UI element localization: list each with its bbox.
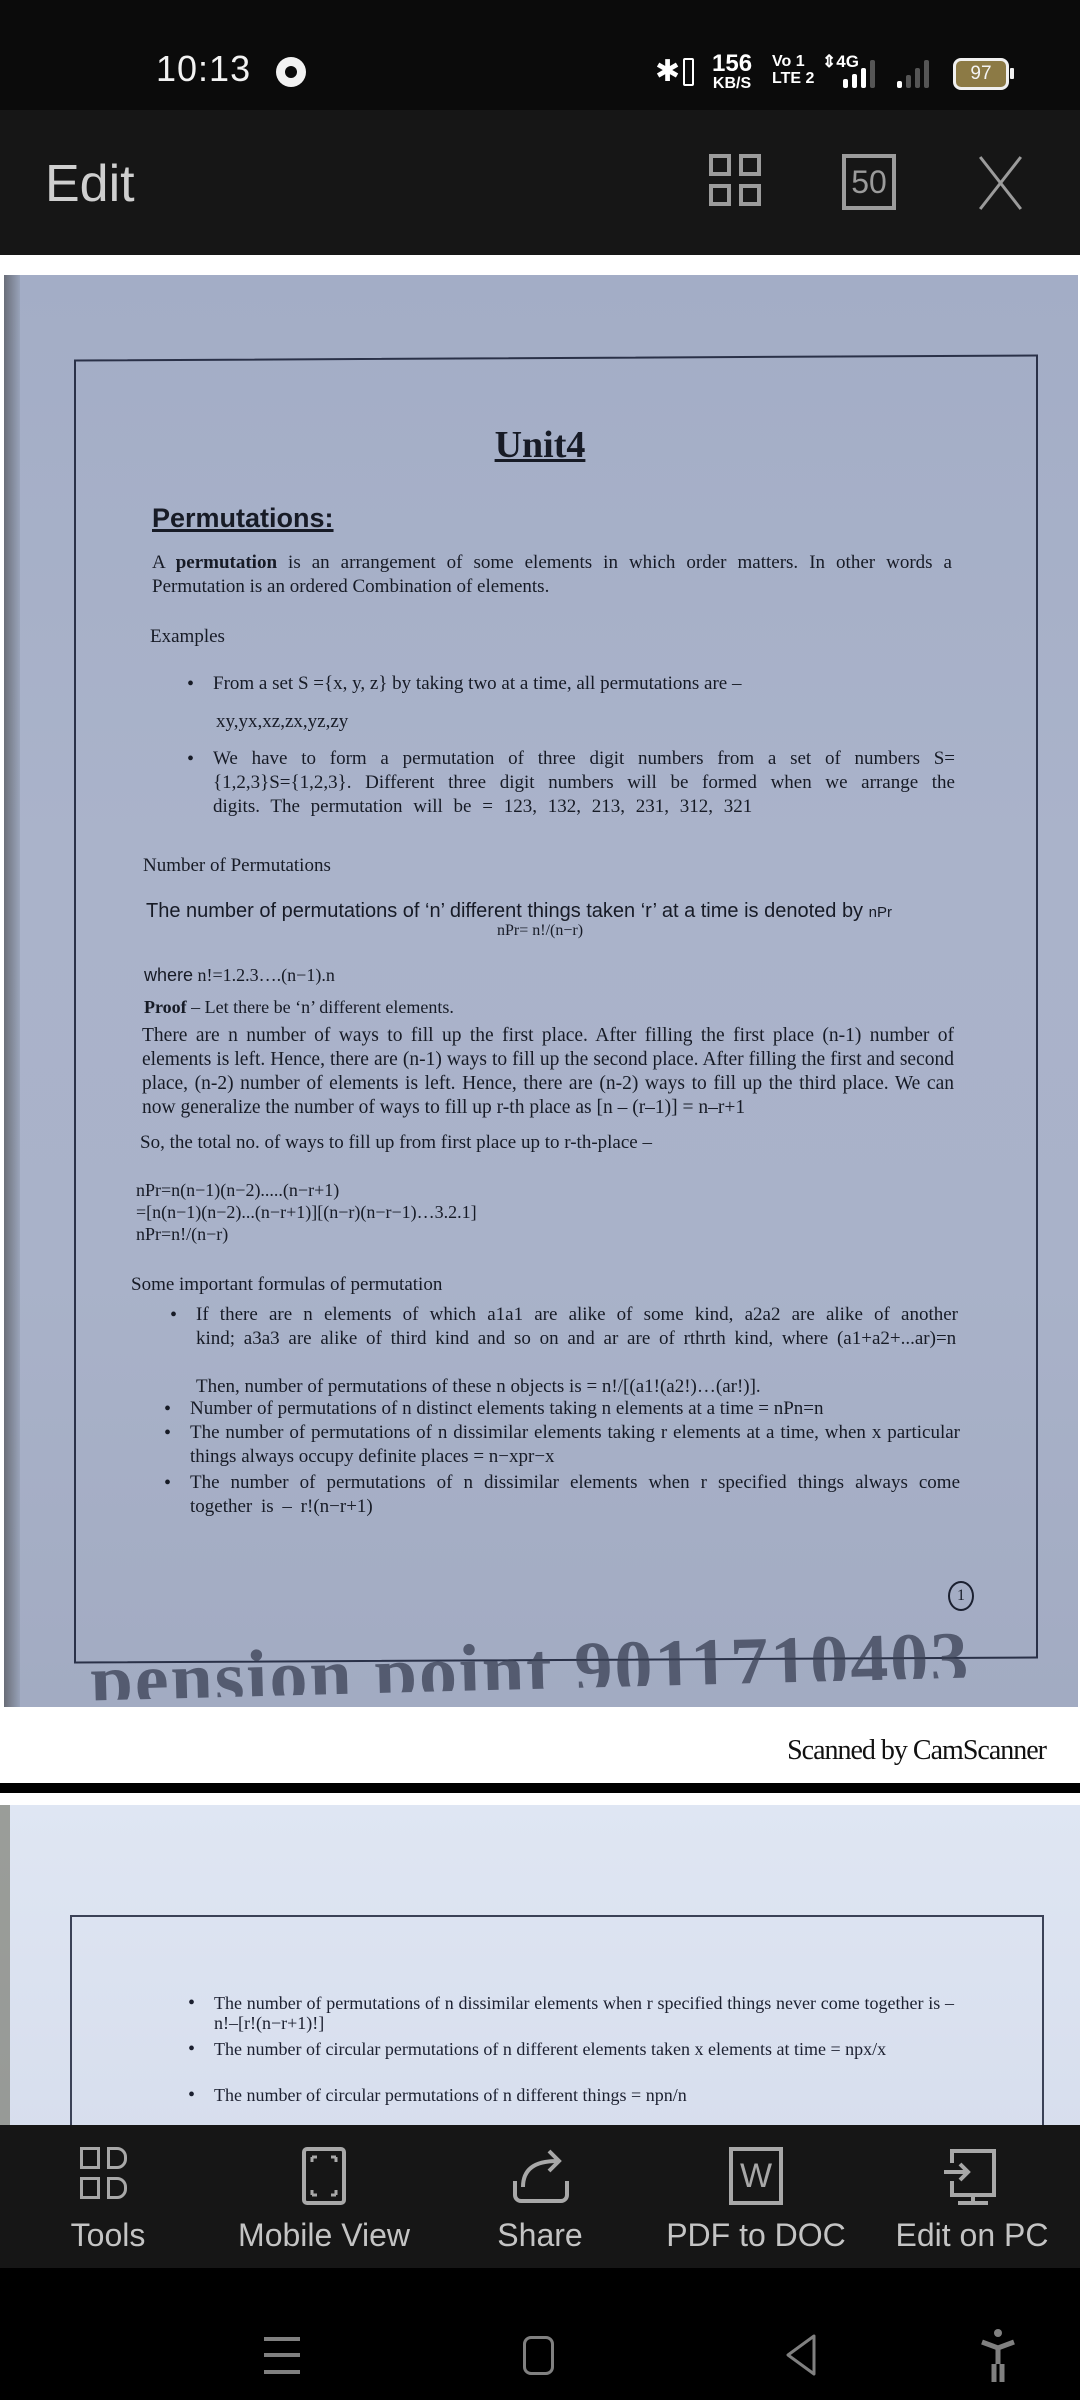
status-time: 10:13 [156, 48, 251, 90]
handwritten-page-number: 1 [948, 1581, 974, 1611]
proof-label: Proof [144, 997, 187, 1017]
mobile-view-icon [302, 2147, 346, 2205]
document-page-1: Unit4 Permutations: A permutation is an … [0, 255, 1080, 1795]
battery-icon: 97 [953, 58, 1009, 90]
pdf-to-doc-label: PDF to DOC [648, 2217, 864, 2254]
share-button[interactable]: Share [432, 2125, 648, 2268]
system-nav-bar [0, 2268, 1080, 2400]
section-heading-permutations: Permutations: [152, 503, 334, 534]
chrome-icon [276, 57, 306, 87]
mobile-view-label: Mobile View [216, 2217, 432, 2254]
battery-level: 97 [970, 63, 991, 84]
intro-paragraph: A permutation is an arrangement of some … [152, 551, 952, 599]
pdf-to-doc-button[interactable]: W PDF to DOC [648, 2125, 864, 2268]
accessibility-icon[interactable] [980, 2328, 1016, 2384]
page2-bullet-1: The number of permutations of n dissimil… [214, 1993, 954, 2033]
document-viewer[interactable]: Unit4 Permutations: A permutation is an … [0, 255, 1080, 2125]
example-1: From a set S ={x, y, z} by taking two at… [213, 672, 973, 696]
edit-on-pc-label: Edit on PC [864, 2217, 1080, 2254]
close-icon[interactable] [972, 154, 1030, 210]
volte-line2: LTE 2 [772, 70, 814, 87]
scanned-image-page-2 [0, 1805, 1080, 2125]
definition-text: The number of permutations of ‘n’ differ… [146, 900, 966, 923]
where-label: where [144, 965, 193, 985]
examples-label: Examples [150, 625, 225, 649]
formula-npr: nPr= n!/(n−r) [0, 922, 1080, 940]
proof-body: There are n number of ways to fill up th… [142, 1024, 954, 1120]
home-icon[interactable] [523, 2336, 554, 2375]
share-label: Share [432, 2217, 648, 2254]
unit-title: Unit4 [0, 423, 1080, 467]
intro-pre: A [152, 552, 176, 573]
word-doc-icon: W [729, 2147, 783, 2205]
status-bar: 10:13 ✱ 156 KB/S Vo 1 LTE 2 ⇕4G 97 [0, 0, 1080, 110]
bluetooth-icon: ✱ [655, 54, 680, 89]
example-2: We have to form a permutation of three d… [213, 747, 955, 819]
edit-on-pc-icon [944, 2147, 1000, 2205]
where-formula: n!=1.2.3….(n−1).n [198, 965, 335, 985]
intro-bold-term: permutation [176, 552, 277, 573]
derivation: nPr=n(n−1)(n−2).....(n−r+1) =[n(n−1)(n−2… [136, 1179, 477, 1245]
network-speed: 156 KB/S [712, 52, 752, 92]
page2-bullet-2: The number of circular permutations of n… [214, 2039, 954, 2059]
definition-symbol: nPr [869, 904, 892, 921]
formulas-heading: Some important formulas of permutation [131, 1273, 442, 1297]
tools-icon [80, 2147, 136, 2205]
page2-bullet-3: The number of circular permutations of n… [214, 2085, 954, 2105]
derivation-line-3: nPr=n!/(n−r) [136, 1223, 477, 1245]
signal-bars-sim2-icon [897, 58, 929, 88]
edit-on-pc-button[interactable]: Edit on PC [864, 2125, 1080, 2268]
document-page-2: The number of permutations of n dissimil… [0, 1793, 1080, 2125]
formula-bullet-1: If there are n elements of which a1a1 ar… [196, 1303, 958, 1351]
formula-bullet-2: Number of permutations of n distinct ele… [190, 1397, 960, 1421]
page-separator [0, 1783, 1080, 1793]
number-of-permutations-heading: Number of Permutations [143, 854, 331, 878]
formula-bullet-4: The number of permutations of n dissimil… [190, 1471, 960, 1519]
bottom-toolbar: Tools Mobile View Share W PDF to DOC Edi… [0, 2125, 1080, 2268]
grid-view-button[interactable] [709, 154, 765, 210]
tools-button[interactable]: Tools [0, 2125, 216, 2268]
recents-icon[interactable] [264, 2337, 300, 2374]
page-title[interactable]: Edit [45, 154, 135, 214]
app-header: Edit 50 [0, 110, 1080, 255]
tools-label: Tools [0, 2217, 216, 2254]
mobile-view-button[interactable]: Mobile View [216, 2125, 432, 2268]
derivation-line-1: nPr=n(n−1)(n−2).....(n−r+1) [136, 1179, 477, 1201]
page-count-button[interactable]: 50 [842, 154, 896, 210]
total-line: So, the total no. of ways to fill up fro… [140, 1131, 652, 1155]
derivation-line-2: =[n(n−1)(n−2)...(n−r+1)][(n−r)(n−r−1)…3.… [136, 1201, 477, 1223]
proof-line: Proof – Let there be ‘n’ different eleme… [144, 997, 454, 1018]
scanned-by-label: Scanned by CamScanner [787, 1735, 1046, 1767]
volte-line1: Vo 1 [772, 53, 805, 70]
volte-indicator: Vo 1 LTE 2 [772, 54, 814, 88]
back-icon[interactable] [782, 2333, 822, 2377]
network-speed-unit: KB/S [712, 76, 752, 92]
formula-bullet-1-continued: Then, number of permutations of these n … [196, 1375, 958, 1399]
proof-intro: – Let there be ‘n’ different elements. [187, 997, 454, 1017]
where-line: where n!=1.2.3….(n−1).n [144, 965, 335, 986]
formula-bullet-3: The number of permutations of n dissimil… [190, 1421, 960, 1469]
signal-bars-sim1-icon [843, 58, 875, 88]
bluetooth-battery-icon [683, 58, 694, 86]
example-1-result: xy,yx,xz,zx,yz,zy [216, 710, 348, 734]
network-speed-value: 156 [712, 52, 752, 76]
share-icon [511, 2147, 569, 2205]
definition: The number of permutations of ‘n’ differ… [146, 900, 863, 922]
